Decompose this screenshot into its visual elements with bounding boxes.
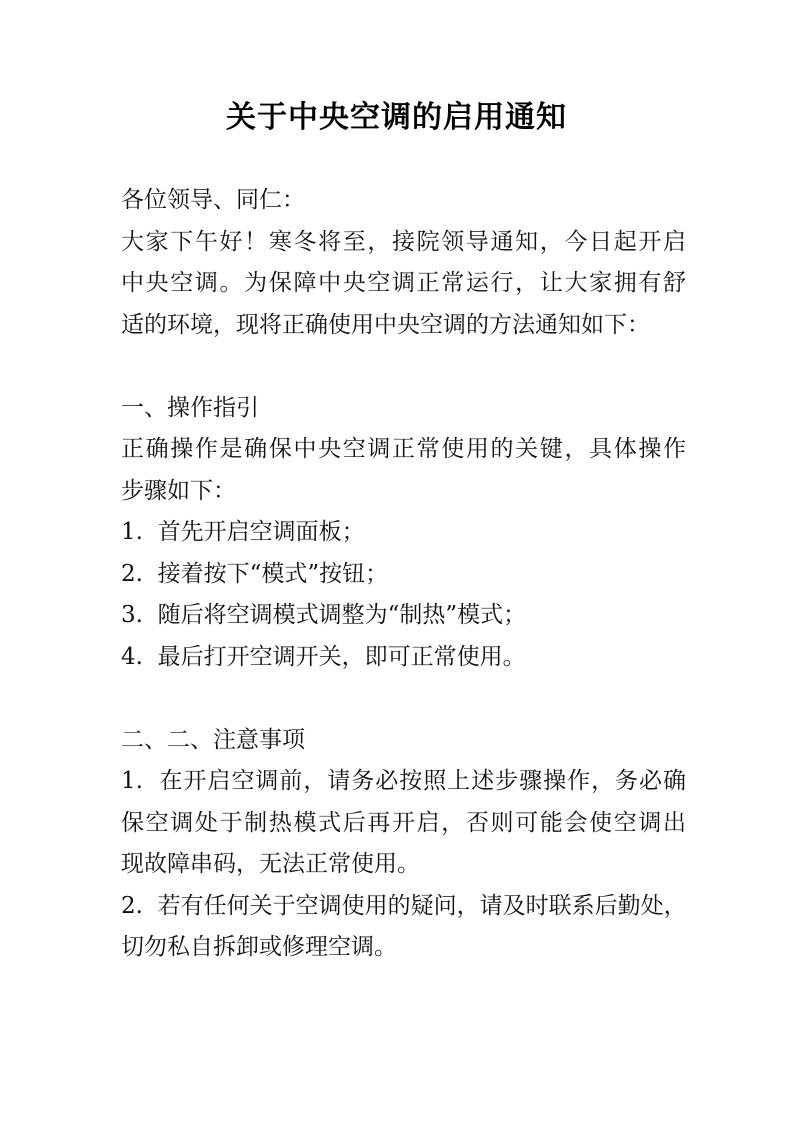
spacer bbox=[121, 346, 686, 388]
section1-lead-line-1: 正确操作是确保中央空调正常使用的关键，具体操作 bbox=[121, 429, 686, 471]
step-3: 3. 随后将空调模式调整为“制热”模式； bbox=[121, 595, 686, 637]
step-4: 4. 最后打开空调开关，即可正常使用。 bbox=[121, 637, 686, 679]
intro-line-2: 中央空调。为保障中央空调正常运行，让大家拥有舒 bbox=[121, 263, 686, 305]
note-1-line-1: 1. 在开启空调前，请务必按照上述步骤操作，务必确 bbox=[121, 761, 686, 803]
note-1-line-2: 保空调处于制热模式后再开启，否则可能会使空调出 bbox=[121, 803, 686, 845]
salutation: 各位领导、同仁： bbox=[121, 180, 686, 222]
spacer bbox=[121, 678, 686, 720]
note-2-line-2: 切勿私自拆卸或修理空调。 bbox=[121, 927, 686, 969]
step-2: 2. 接着按下“模式”按钮； bbox=[121, 554, 686, 596]
step-1: 1. 首先开启空调面板； bbox=[121, 512, 686, 554]
note-1-line-3: 现故障串码，无法正常使用。 bbox=[121, 844, 686, 886]
document-page: 关于中央空调的启用通知 各位领导、同仁： 大家下午好！寒冬将至，接院领导通知，今… bbox=[0, 0, 793, 1122]
section1-lead-line-2: 步骤如下： bbox=[121, 471, 686, 513]
intro-line-1: 大家下午好！寒冬将至，接院领导通知，今日起开启 bbox=[121, 222, 686, 264]
section1-heading: 一、操作指引 bbox=[121, 388, 686, 430]
section2-heading: 二、二、注意事项 bbox=[121, 720, 686, 762]
document-title: 关于中央空调的启用通知 bbox=[0, 96, 793, 140]
note-2-line-1: 2. 若有任何关于空调使用的疑问，请及时联系后勤处， bbox=[121, 886, 686, 928]
intro-line-3: 适的环境，现将正确使用中央空调的方法通知如下： bbox=[121, 305, 686, 347]
document-body: 各位领导、同仁： 大家下午好！寒冬将至，接院领导通知，今日起开启 中央空调。为保… bbox=[121, 180, 686, 969]
